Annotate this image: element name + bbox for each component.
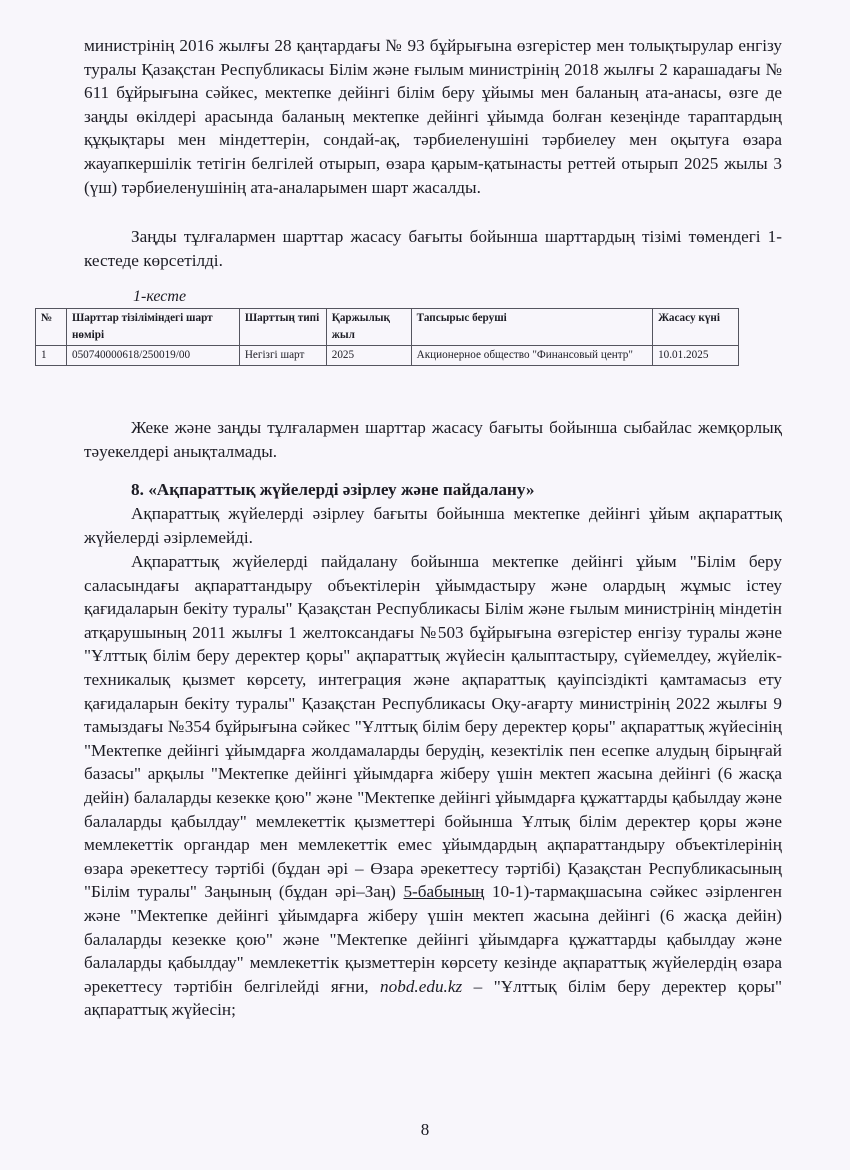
header-contract-type: Шарттың типі xyxy=(239,309,326,346)
table-caption: 1-кесте xyxy=(133,288,186,306)
cell-date: 10.01.2025 xyxy=(653,346,739,366)
paragraph-is-usage: Ақпараттық жүйелерді пайдалану бойынша м… xyxy=(84,550,782,1022)
paragraph-legal-entities: Заңды тұлғалармен шарттар жасасу бағыты … xyxy=(84,225,782,272)
contracts-table: № Шарттар тізіліміндегі шарт нөмірі Шарт… xyxy=(35,308,739,366)
page-number: 8 xyxy=(0,1120,850,1140)
table-row: 1 050740000618/250019/00 Негізгі шарт 20… xyxy=(36,346,739,366)
header-customer: Тапсырыс беруші xyxy=(411,309,652,346)
cell-contract-number: 050740000618/250019/00 xyxy=(66,346,239,366)
header-fiscal-year: Қаржылық жыл xyxy=(326,309,411,346)
header-contract-number: Шарттар тізіліміндегі шарт нөмірі xyxy=(66,309,239,346)
is-usage-text-1: Ақпараттық жүйелерді пайдалану бойынша м… xyxy=(84,552,782,901)
cell-fiscal-year: 2025 xyxy=(326,346,411,366)
cell-contract-type: Негізгі шарт xyxy=(239,346,326,366)
cell-customer: Акционерное общество "Финансовый центр" xyxy=(411,346,652,366)
section-heading: 8. «Ақпараттық жүйелерді әзірлеу және па… xyxy=(131,480,534,500)
header-date: Жасасу күні xyxy=(653,309,739,346)
table-header-row: № Шарттар тізіліміндегі шарт нөмірі Шарт… xyxy=(36,309,739,346)
document-page: министрінің 2016 жылғы 28 қаңтардағы № 9… xyxy=(0,0,850,1170)
cell-number: 1 xyxy=(36,346,67,366)
header-number: № xyxy=(36,309,67,346)
paragraph-contract-basis: министрінің 2016 жылғы 28 қаңтардағы № 9… xyxy=(84,34,782,199)
paragraph-corruption-risks: Жеке және заңды тұлғалармен шарттар жаса… xyxy=(84,416,782,463)
paragraph-is-development: Ақпараттық жүйелерді әзірлеу бағыты бойы… xyxy=(84,502,782,549)
nobd-site-reference: nobd.edu.kz xyxy=(380,977,462,996)
law-article-link[interactable]: 5-бабының xyxy=(403,882,484,901)
